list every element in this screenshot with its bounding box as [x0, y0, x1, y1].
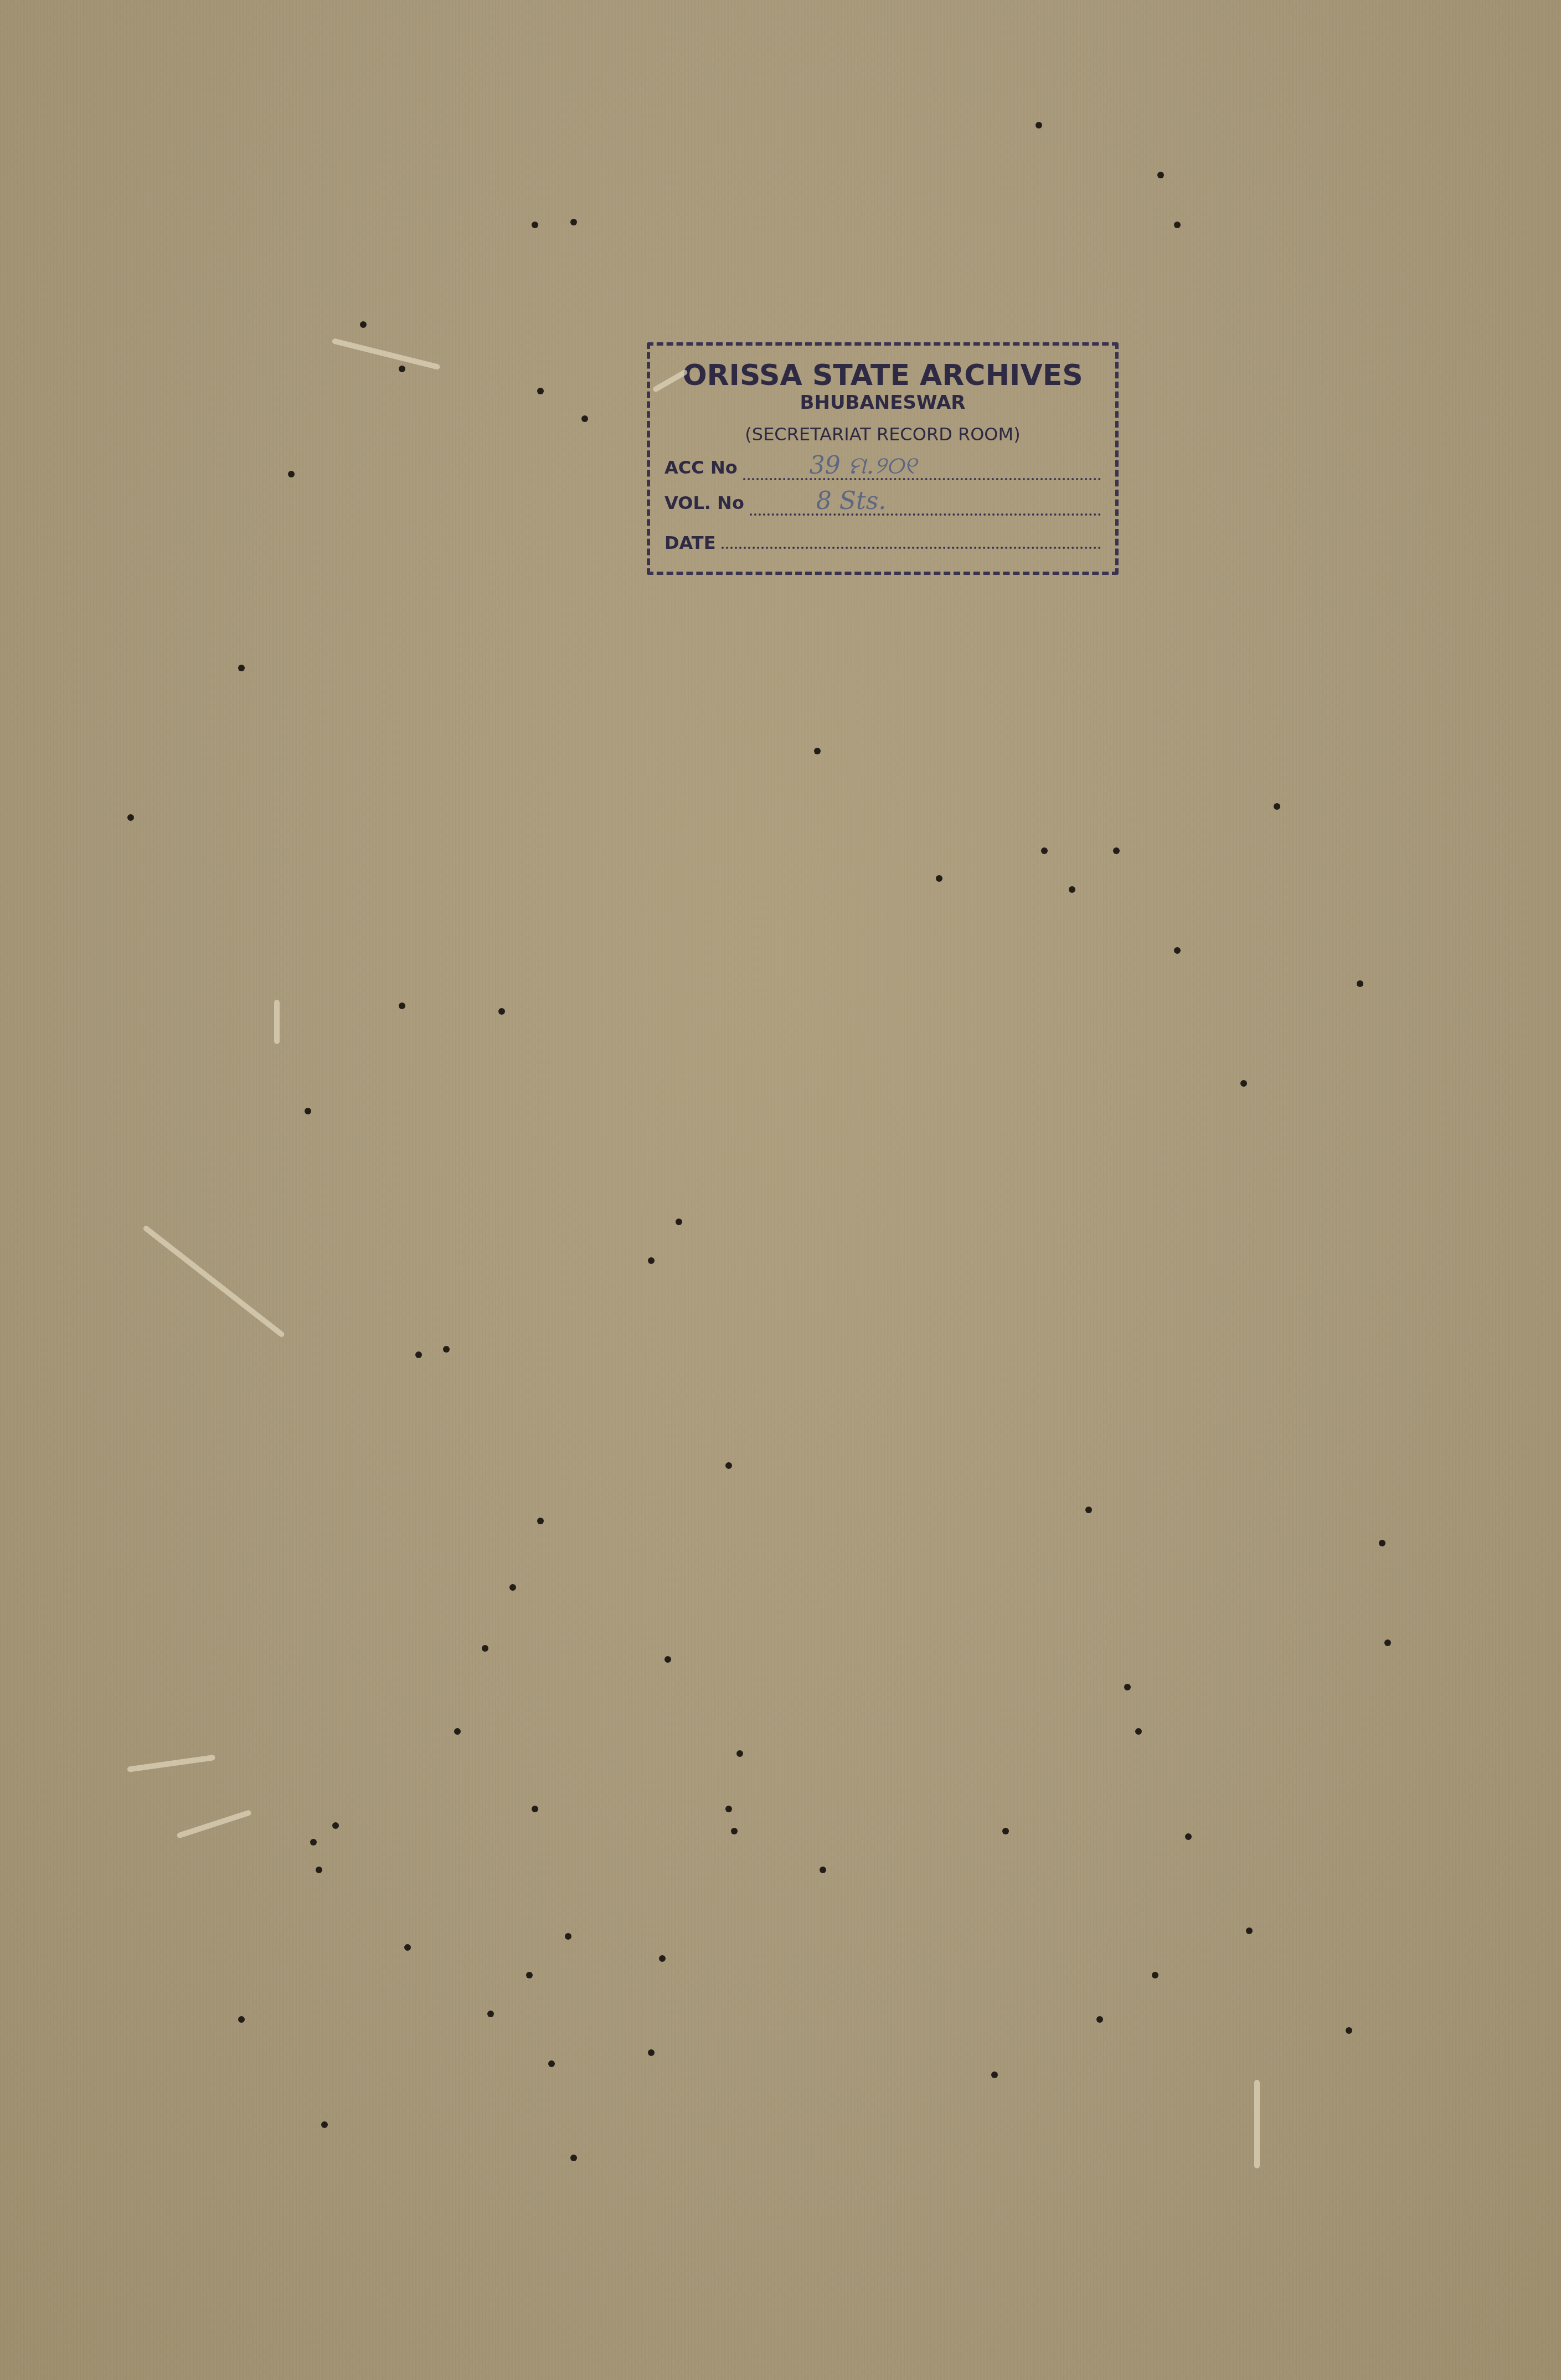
pinhole [570, 219, 577, 225]
pinhole [1384, 1639, 1391, 1646]
pinhole [991, 2071, 998, 2078]
pinhole [404, 1944, 411, 1951]
pinhole [570, 2155, 577, 2161]
pinhole [399, 366, 405, 372]
pinhole [305, 1108, 311, 1114]
pinhole [537, 1518, 544, 1524]
pinhole [1174, 222, 1181, 228]
pinhole [1135, 1728, 1142, 1735]
pinhole [532, 222, 538, 228]
pinhole [454, 1728, 461, 1735]
paper-fiber [274, 1000, 280, 1044]
pinhole [316, 1867, 322, 1873]
pinhole [1085, 1507, 1092, 1513]
acc-no-label: ACC No [664, 457, 738, 478]
acc-no-row: ACC No 39 ମ.୨୦୧ [664, 454, 1101, 480]
pinhole [1041, 847, 1048, 854]
pinhole [509, 1584, 516, 1591]
pinhole [1096, 2016, 1103, 2023]
pinhole [1185, 1833, 1192, 1840]
stamp-title: ORISSA STATE ARCHIVES [664, 360, 1101, 392]
pinhole [1346, 2027, 1352, 2034]
pinhole [1152, 1972, 1158, 1978]
pinhole [814, 748, 821, 754]
pinhole [127, 814, 134, 821]
pinhole [1357, 980, 1363, 987]
pinhole [532, 1806, 538, 1812]
pinhole [332, 1822, 339, 1829]
pinhole [238, 665, 245, 671]
archive-stamp: ORISSA STATE ARCHIVES BHUBANESWAR (SECRE… [647, 342, 1119, 575]
pinhole [548, 2060, 555, 2067]
pinhole [1069, 886, 1075, 893]
pinhole [399, 1003, 405, 1009]
pinhole [1246, 1927, 1253, 1934]
pinhole [498, 1008, 505, 1015]
pinhole [581, 415, 588, 422]
pinhole [482, 1645, 488, 1652]
pinhole [820, 1867, 826, 1873]
pinhole [443, 1346, 450, 1353]
pinhole [1113, 847, 1120, 854]
pinhole [676, 1219, 682, 1225]
acc-no-value: 39 ମ.୨୦୧ [743, 454, 1101, 480]
pinhole [648, 1257, 655, 1264]
pinhole [1240, 1080, 1247, 1087]
pinhole [537, 388, 544, 394]
pinhole [1174, 947, 1181, 954]
pinhole [1274, 803, 1280, 810]
vol-no-value: 8 Sts. [750, 489, 1101, 516]
pinhole [725, 1806, 732, 1812]
pinhole [736, 1750, 743, 1757]
pinhole [238, 2016, 245, 2023]
date-row: DATE [664, 525, 1101, 553]
pinhole [415, 1351, 422, 1358]
pinhole [664, 1656, 671, 1663]
pinhole [526, 1972, 533, 1978]
vol-no-label: VOL. No [664, 492, 744, 513]
pinhole [1157, 172, 1164, 178]
pinhole [731, 1828, 738, 1834]
vol-no-row: VOL. No 8 Sts. [664, 489, 1101, 516]
pinhole [659, 1955, 666, 1962]
pinhole [310, 1839, 317, 1846]
stamp-subtitle: (SECRETARIAT RECORD ROOM) [664, 424, 1101, 445]
pinhole [936, 875, 942, 882]
pinhole [288, 471, 295, 477]
pinhole [1124, 1684, 1131, 1690]
pinhole [487, 2011, 494, 2017]
pinhole [565, 1933, 571, 1940]
pinhole [648, 2049, 655, 2056]
pinhole [360, 321, 367, 328]
pinhole [321, 2121, 328, 2128]
date-value [722, 525, 1101, 549]
pinhole [1379, 1540, 1385, 1546]
paper-fiber [1254, 2080, 1260, 2168]
pinhole [725, 1462, 732, 1469]
date-label: DATE [664, 532, 716, 553]
stamp-city: BHUBANESWAR [664, 393, 1101, 413]
pinhole [1035, 122, 1042, 128]
pinhole [1002, 1828, 1009, 1834]
